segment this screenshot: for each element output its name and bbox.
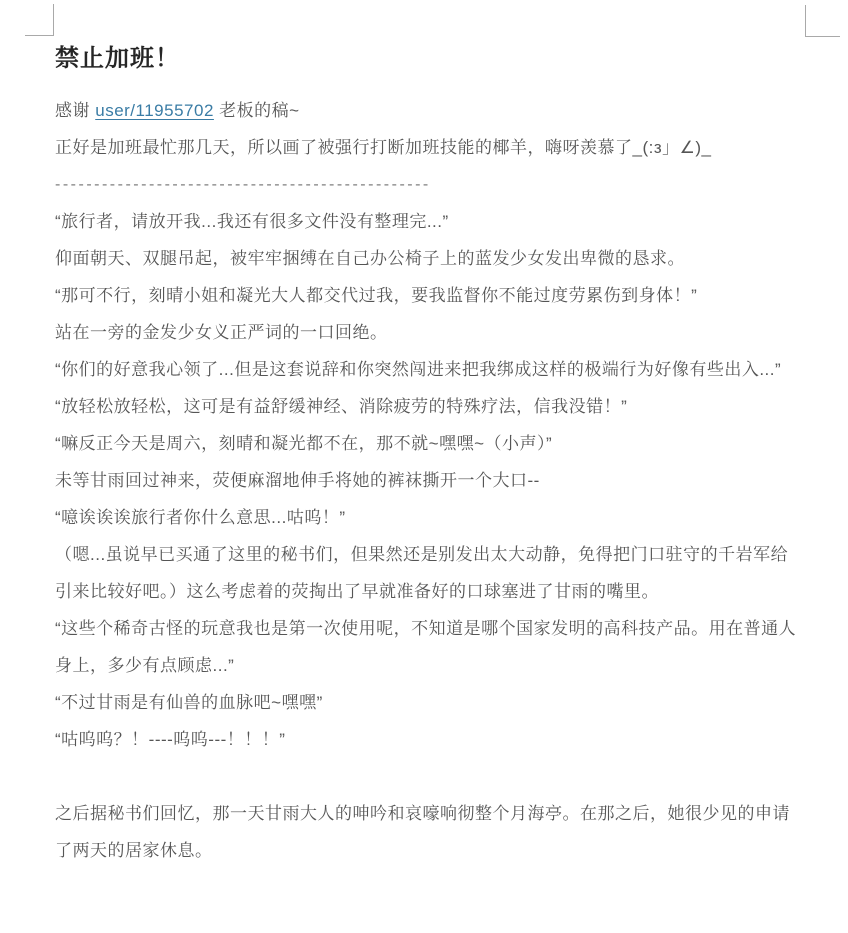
story-paragraph: “这些个稀奇古怪的玩意我也是第一次使用呢，不知道是哪个国家发明的高科技产品。用在… — [55, 610, 800, 684]
story-paragraph: “你们的好意我心领了...但是这套说辞和你突然闯进来把我绑成这样的极端行为好像有… — [55, 351, 800, 388]
attribution-prefix: 感谢 — [55, 101, 95, 120]
closing-paragraph: 之后据秘书们回忆，那一天甘雨大人的呻吟和哀嚎响彻整个月海亭。在那之后，她很少见的… — [55, 795, 800, 869]
story-paragraph: 未等甘雨回过神来，荧便麻溜地伸手将她的裤袜撕开一个大口-- — [55, 462, 800, 499]
user-link[interactable]: user/11955702 — [95, 101, 214, 120]
attribution-suffix: 老板的稿~ — [214, 101, 300, 120]
page-corner-mark-top-right — [805, 5, 840, 37]
paragraph-gap — [55, 758, 800, 795]
page-corner-mark-top-left — [25, 4, 54, 36]
separator-dashes: ----------------------------------------… — [55, 166, 800, 203]
document-content: 禁止加班！ 感谢 user/11955702 老板的稿~ 正好是加班最忙那几天，… — [55, 44, 800, 869]
intro-paragraph: 正好是加班最忙那几天，所以画了被强行打断加班技能的椰羊，嗨呀羡慕了_(:з」∠)… — [55, 129, 800, 166]
story-paragraph: 仰面朝天、双腿吊起，被牢牢捆缚在自己办公椅子上的蓝发少女发出卑微的恳求。 — [55, 240, 800, 277]
story-paragraph: “不过甘雨是有仙兽的血脉吧~嘿嘿” — [55, 684, 800, 721]
attribution-line: 感谢 user/11955702 老板的稿~ — [55, 92, 800, 129]
story-paragraph: “那可不行，刻晴小姐和凝光大人都交代过我，要我监督你不能过度劳累伤到身体！” — [55, 277, 800, 314]
story-paragraph: “咕呜呜？！----呜呜---！！！” — [55, 721, 800, 758]
document-page: 禁止加班！ 感谢 user/11955702 老板的稿~ 正好是加班最忙那几天，… — [0, 0, 848, 933]
story-paragraph: “旅行者，请放开我...我还有很多文件没有整理完...” — [55, 203, 800, 240]
story-paragraph: 站在一旁的金发少女义正严词的一口回绝。 — [55, 314, 800, 351]
story-paragraph: “嘛反正今天是周六，刻晴和凝光都不在，那不就~嘿嘿~（小声）” — [55, 425, 800, 462]
story-paragraph: “放轻松放轻松，这可是有益舒缓神经、消除疲劳的特殊疗法，信我没错！” — [55, 388, 800, 425]
story-paragraph: “噫诶诶诶旅行者你什么意思...咕呜！” — [55, 499, 800, 536]
story-paragraph: （嗯...虽说早已买通了这里的秘书们，但果然还是别发出太大动静，免得把门口驻守的… — [55, 536, 800, 610]
page-title: 禁止加班！ — [55, 44, 800, 74]
